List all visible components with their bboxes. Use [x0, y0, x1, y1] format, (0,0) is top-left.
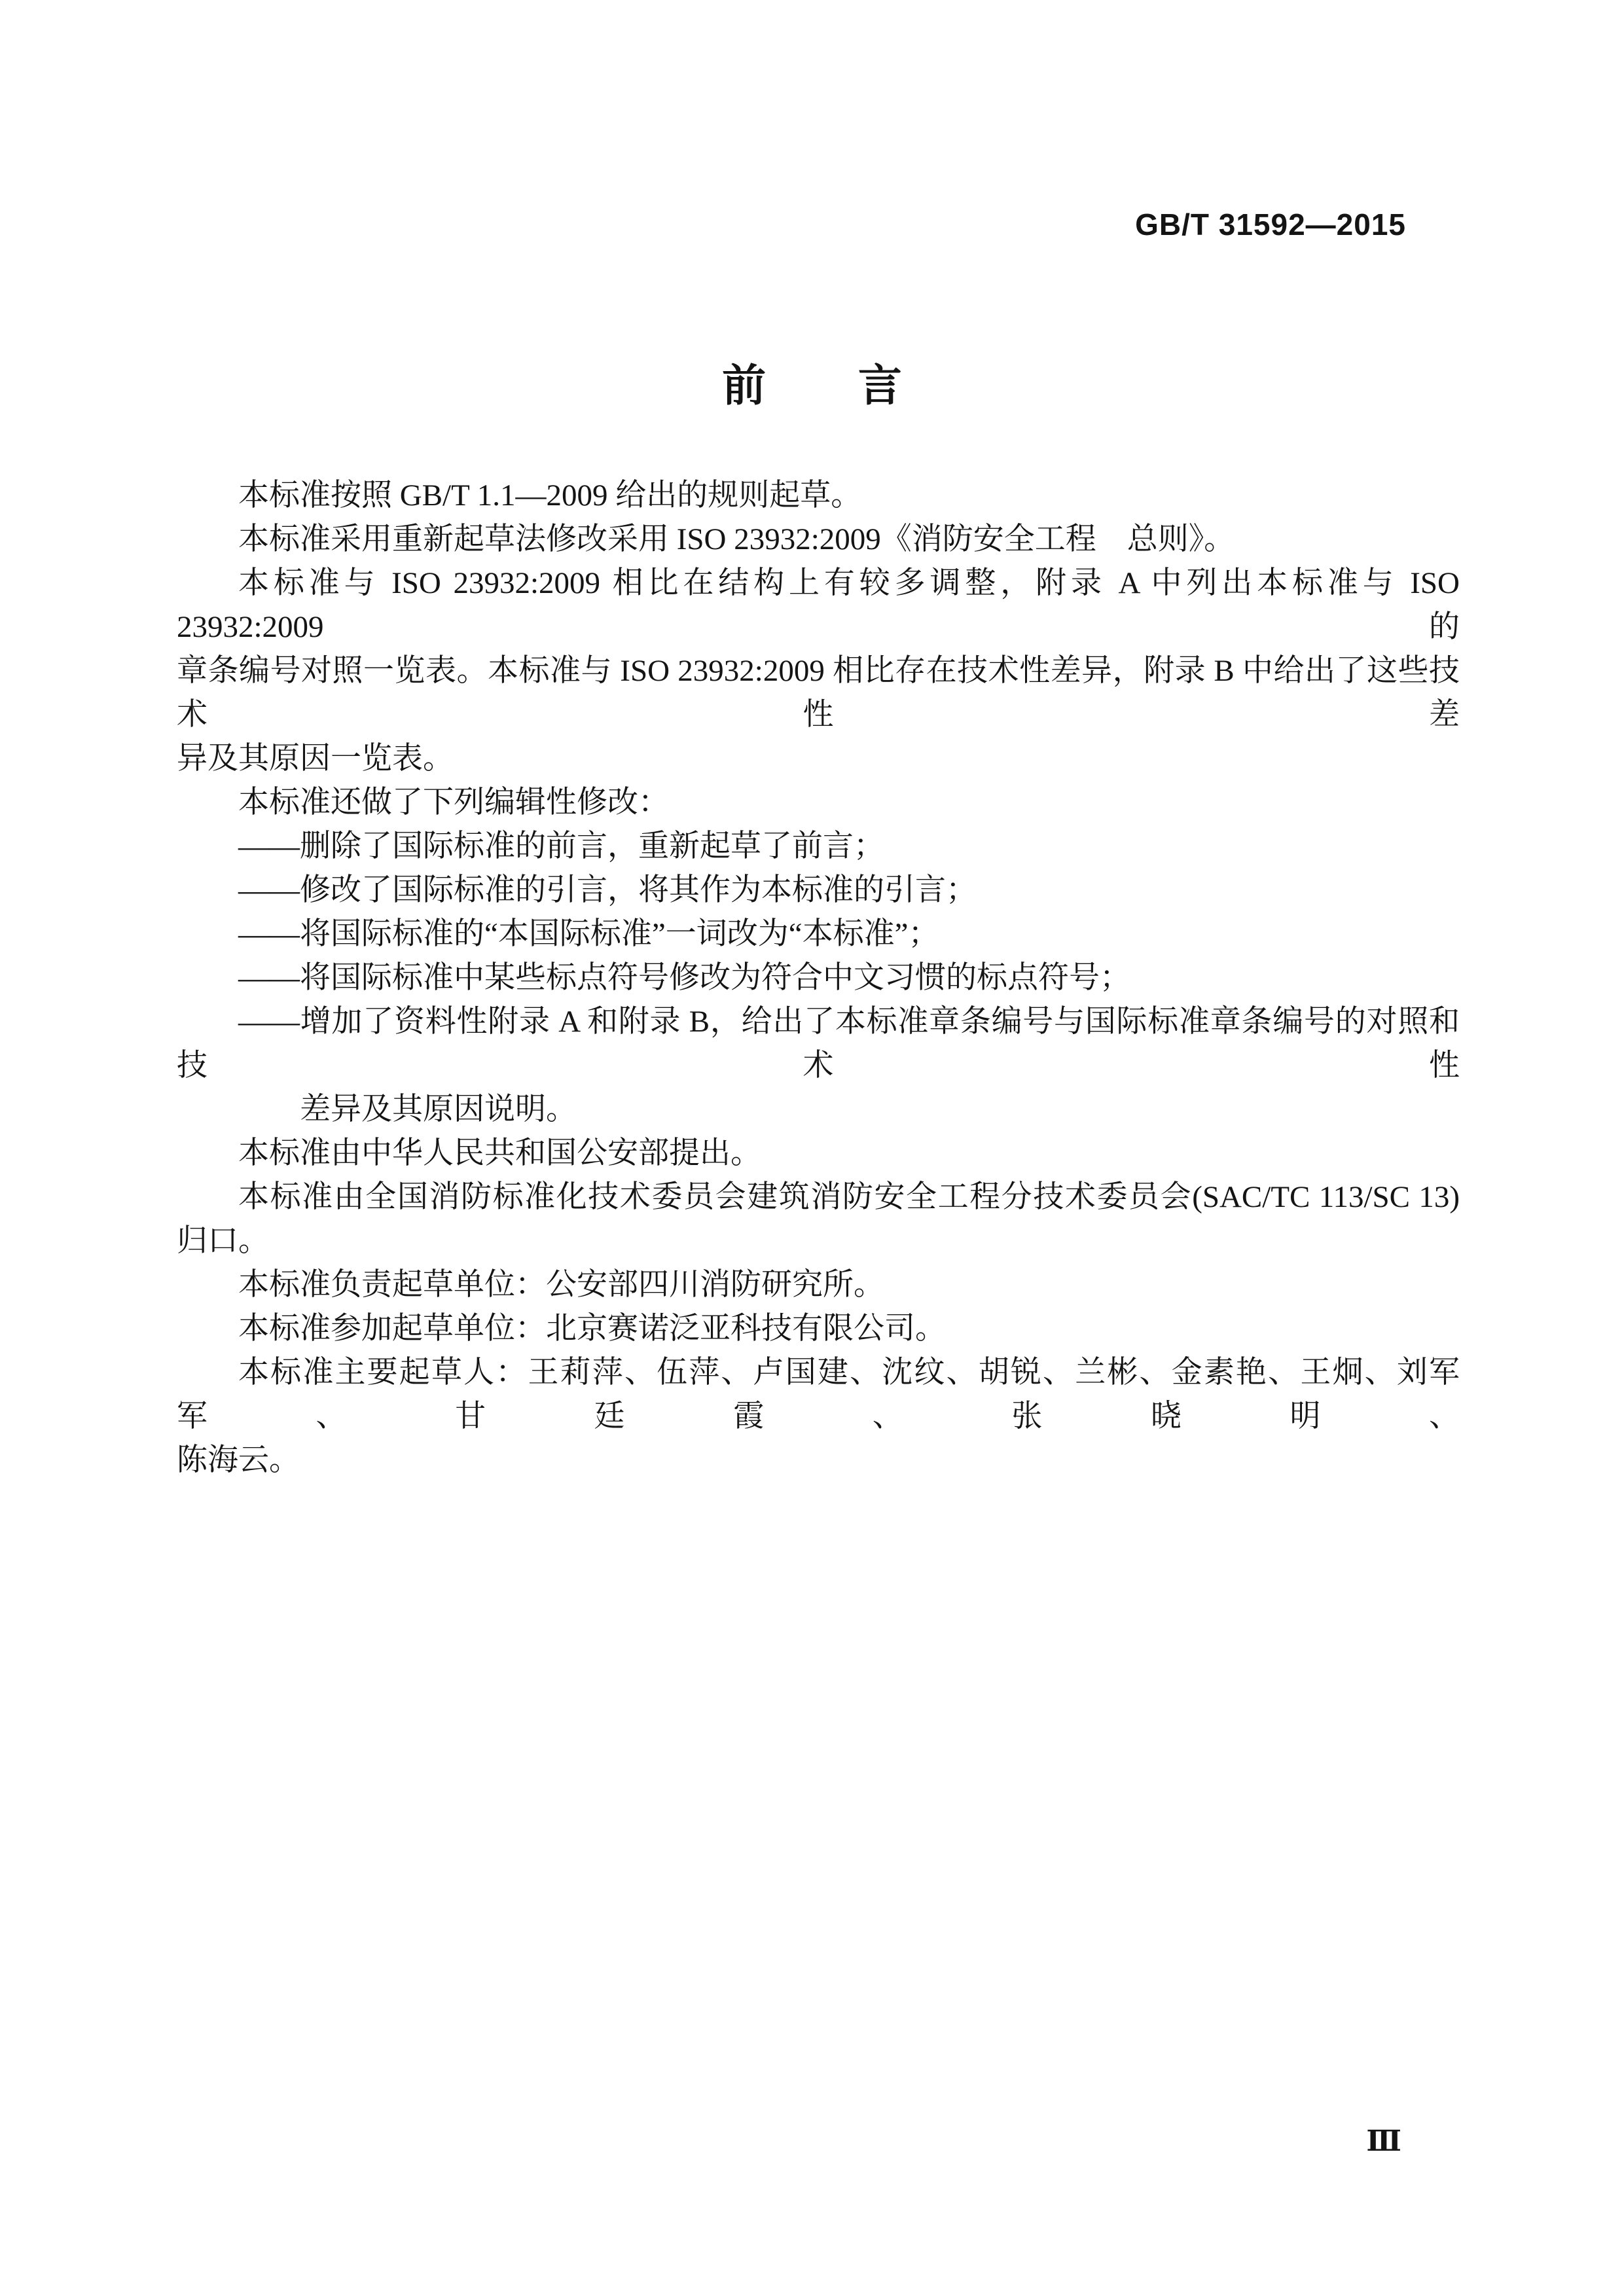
text-line: ——将国际标准中某些标点符号修改为符合中文习惯的标点符号；: [177, 956, 1460, 1000]
text-line: 异及其原因一览表。: [177, 737, 1460, 781]
text-line: 本标准还做了下列编辑性修改：: [177, 781, 1460, 825]
text-line: ——将国际标准的“本国际标准”一词改为“本标准”；: [177, 912, 1460, 956]
text-line: 本标准按照 GB/T 1.1—2009 给出的规则起草。: [177, 474, 1460, 518]
text-line: 归口。: [177, 1219, 1460, 1263]
text-line: 本标准参加起草单位：北京赛诺泛亚科技有限公司。: [177, 1307, 1460, 1351]
page-number: Ⅲ: [1366, 2125, 1401, 2158]
text-line: 本标准主要起草人：王莉萍、伍萍、卢国建、沈纹、胡锐、兰彬、金素艳、王炯、刘军军、…: [177, 1351, 1460, 1439]
text-line: 章条编号对照一览表。本标准与 ISO 23932:2009 相比存在技术性差异，…: [177, 649, 1460, 737]
text-line: ——增加了资料性附录 A 和附录 B，给出了本标准章条编号与国际标准章条编号的对…: [177, 1000, 1460, 1088]
document-page: GB/T 31592—2015 前言 本标准按照 GB/T 1.1—2009 给…: [0, 0, 1624, 2296]
text-line: 差异及其原因说明。: [177, 1088, 1460, 1132]
text-line: ——删除了国际标准的前言，重新起草了前言；: [177, 825, 1460, 869]
text-line: 陈海云。: [177, 1439, 1460, 1482]
page-title: 前言: [0, 351, 1624, 414]
text-line: 本标准由全国消防标准化技术委员会建筑消防安全工程分技术委员会(SAC/TC 11…: [177, 1175, 1460, 1219]
text-line: 本标准由中华人民共和国公安部提出。: [177, 1132, 1460, 1175]
standard-code-header: GB/T 31592—2015: [177, 207, 1406, 242]
text-line: ——修改了国际标准的引言，将其作为本标准的引言；: [177, 869, 1460, 912]
text-line: 本标准采用重新起草法修改采用 ISO 23932:2009《消防安全工程 总则》…: [177, 518, 1460, 562]
foreword-body: 本标准按照 GB/T 1.1—2009 给出的规则起草。本标准采用重新起草法修改…: [177, 474, 1460, 1482]
text-line: 本标准与 ISO 23932:2009 相比在结构上有较多调整，附录 A 中列出…: [177, 562, 1460, 649]
text-line: 本标准负责起草单位：公安部四川消防研究所。: [177, 1263, 1460, 1307]
